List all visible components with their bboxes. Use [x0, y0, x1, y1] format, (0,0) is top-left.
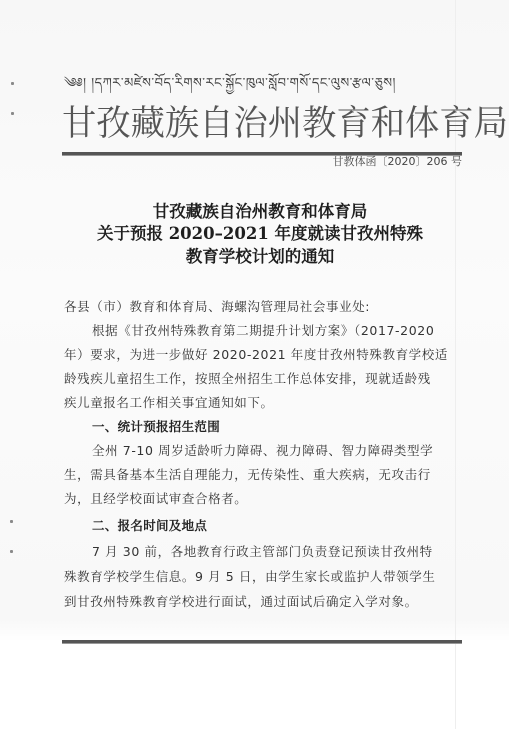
title-line-2: 关于预报 2020–2021 年度就读甘孜州特殊	[60, 220, 460, 244]
binding-mark	[10, 520, 13, 523]
paragraph-line: 生，需具备基本生活自理能力，无传染性、重大疾病，无攻击行	[64, 465, 464, 483]
paragraph-line: 7 月 30 前，各地教育行政主管部门负责登记预读甘孜州特	[92, 542, 492, 560]
document-page: ༄༅། །དཀར་མཛེས་བོད་རིགས་རང་སྐྱོང་ཁུལ་སློབ…	[0, 0, 509, 729]
paragraph-line: 年）要求，为进一步做好 2020-2021 年度甘孜州特殊教育学校适	[64, 345, 464, 363]
footer-rule	[62, 640, 462, 644]
binding-mark	[11, 112, 14, 115]
document-number: 甘教体函〔2020〕206 号	[333, 153, 463, 169]
binding-mark	[11, 82, 14, 85]
section-heading-1: 一、统计预报招生范围	[92, 417, 492, 435]
paragraph-line: 到甘孜州特殊教育学校进行面试，通过面试后确定入学对象。	[64, 592, 464, 610]
paragraph-line: 龄残疾儿童招生工作，按照全州招生工作总体安排，现就适龄残	[64, 369, 464, 387]
masthead: 甘孜藏族自治州教育和体育局	[62, 96, 454, 146]
paragraph-line: 根据《甘孜州特殊教育第二期提升计划方案》（2017-2020	[92, 321, 492, 339]
title-line-1: 甘孜藏族自治州教育和体育局	[60, 198, 460, 222]
binding-mark	[10, 550, 13, 553]
title-line-3: 教育学校计划的通知	[60, 243, 460, 267]
paragraph-line: 殊教育学校学生信息。9 月 5 日，由学生家长或监护人带领学生	[64, 567, 464, 585]
salutation: 各县（市）教育和体育局、海螺沟管理局社会事业处:	[64, 297, 464, 315]
paragraph-line: 疾儿童报名工作相关事宜通知如下。	[64, 393, 464, 411]
paragraph-line: 全州 7-10 周岁适龄听力障碍、视力障碍、智力障碍类型学	[92, 441, 492, 459]
section-heading-2: 二、报名时间及地点	[92, 516, 492, 534]
paragraph-line: 为，且经学校面试审查合格者。	[64, 489, 464, 507]
